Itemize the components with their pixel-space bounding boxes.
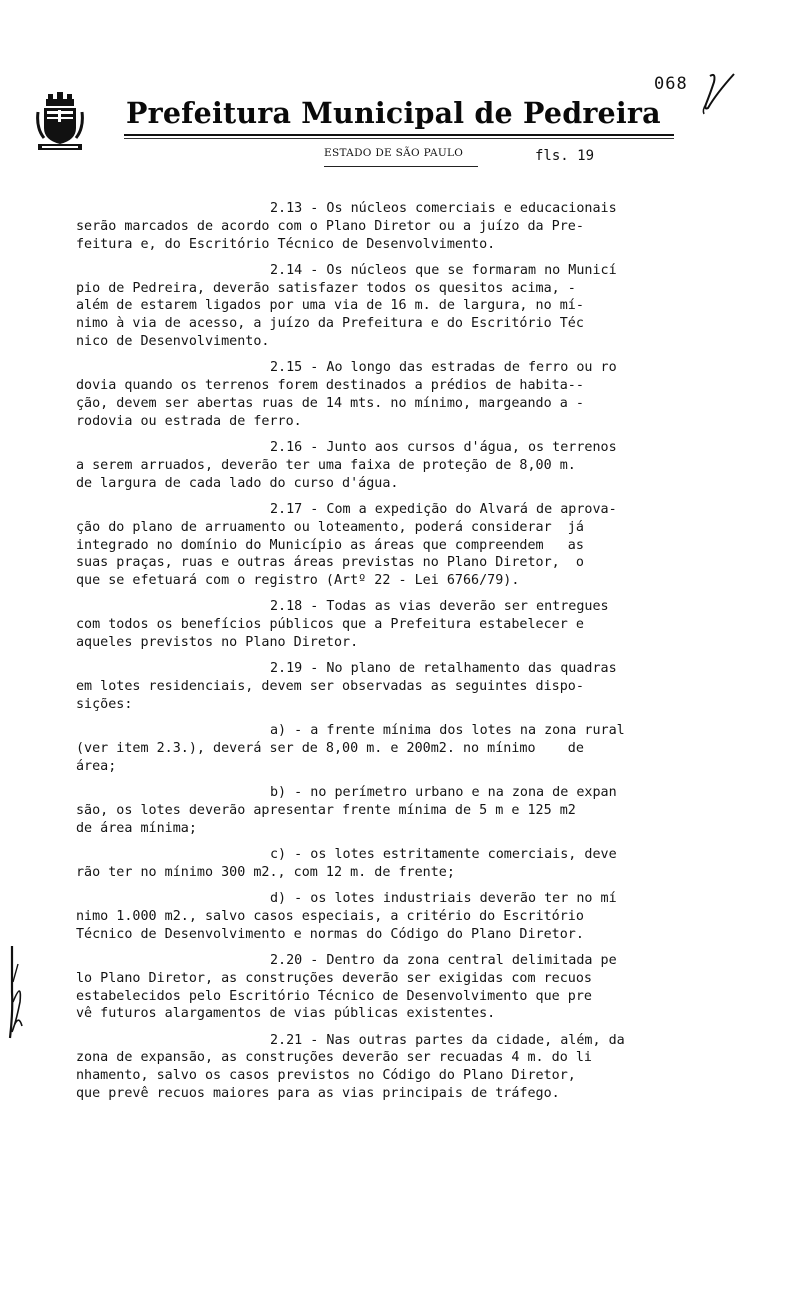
paragraph-line: 2.15 - Ao longo das estradas de ferro ou… xyxy=(76,359,684,377)
paragraph-line: nimo à via de acesso, a juízo da Prefeit… xyxy=(76,315,684,333)
coat-of-arms-icon xyxy=(34,92,86,154)
paragraph-line: vê futuros alargamentos de vias públicas… xyxy=(76,1005,684,1023)
paragraph-line: 2.19 - No plano de retalhamento das quad… xyxy=(76,660,684,678)
paragraph-line: lo Plano Diretor, as construções deverão… xyxy=(76,970,684,988)
paragraph-line: 2.16 - Junto aos cursos d'água, os terre… xyxy=(76,439,684,457)
paragraph-2-19: 2.19 - No plano de retalhamento das quad… xyxy=(76,660,684,713)
paragraph-2-19c: c) - os lotes estritamente comerciais, d… xyxy=(76,846,684,882)
paragraph-line: de área mínima; xyxy=(76,820,684,838)
paragraph-line: zona de expansão, as construções deverão… xyxy=(76,1049,684,1067)
paragraph-line: nimo 1.000 m2., salvo casos especiais, a… xyxy=(76,908,684,926)
municipality-title: Prefeitura Municipal de Pedreira xyxy=(126,96,661,130)
paragraph-line: que prevê recuos maiores para as vias pr… xyxy=(76,1085,684,1103)
paragraph-line: sições: xyxy=(76,696,684,714)
paragraph-line: feitura e, do Escritório Técnico de Dese… xyxy=(76,236,684,254)
paragraph-line: a) - a frente mínima dos lotes na zona r… xyxy=(76,722,684,740)
signature-initials-icon xyxy=(696,70,742,116)
paragraph-2-17: 2.17 - Com a expedição do Alvará de apro… xyxy=(76,501,684,590)
paragraph-line: b) - no perímetro urbano e na zona de ex… xyxy=(76,784,684,802)
stamp-page-number: 068 xyxy=(654,74,688,94)
paragraph-2-21: 2.21 - Nas outras partes da cidade, além… xyxy=(76,1032,684,1103)
paragraph-line: de largura de cada lado do curso d'água. xyxy=(76,475,684,493)
paragraph-line: aqueles previstos no Plano Diretor. xyxy=(76,634,684,652)
paragraph-2-19d: d) - os lotes industriais deverão ter no… xyxy=(76,890,684,943)
paragraph-line: Técnico de Desenvolvimento e normas do C… xyxy=(76,926,684,944)
paragraph-2-19b: b) - no perímetro urbano e na zona de ex… xyxy=(76,784,684,837)
paragraph-2-19a: a) - a frente mínima dos lotes na zona r… xyxy=(76,722,684,775)
paragraph-line: dovia quando os terrenos forem destinado… xyxy=(76,377,684,395)
paragraph-line: são, os lotes deverão apresentar frente … xyxy=(76,802,684,820)
paragraph-line: rão ter no mínimo 300 m2., com 12 m. de … xyxy=(76,864,684,882)
paragraph-line: suas praças, ruas e outras áreas previst… xyxy=(76,554,684,572)
paragraph-2-14: 2.14 - Os núcleos que se formaram no Mun… xyxy=(76,262,684,351)
paragraph-line: com todos os benefícios públicos que a P… xyxy=(76,616,684,634)
paragraph-line: c) - os lotes estritamente comerciais, d… xyxy=(76,846,684,864)
document-body: 2.13 - Os núcleos comerciais e educacion… xyxy=(76,200,684,1111)
paragraph-line: ção, devem ser abertas ruas de 14 mts. n… xyxy=(76,395,684,413)
paragraph-2-20: 2.20 - Dentro da zona central delimitada… xyxy=(76,952,684,1023)
paragraph-line: ção do plano de arruamento ou loteamento… xyxy=(76,519,684,537)
document-page: Prefeitura Municipal de Pedreira 068 EST… xyxy=(0,0,800,1302)
paragraph-line: 2.20 - Dentro da zona central delimitada… xyxy=(76,952,684,970)
paragraph-line: 2.17 - Com a expedição do Alvará de apro… xyxy=(76,501,684,519)
paragraph-2-18: 2.18 - Todas as vias deverão ser entregu… xyxy=(76,598,684,651)
paragraph-2-13: 2.13 - Os núcleos comerciais e educacion… xyxy=(76,200,684,253)
paragraph-line: 2.21 - Nas outras partes da cidade, além… xyxy=(76,1032,684,1050)
paragraph-line: área; xyxy=(76,758,684,776)
paragraph-line: integrado no domínio do Município as áre… xyxy=(76,537,684,555)
paragraph-line: a serem arruados, deverão ter uma faixa … xyxy=(76,457,684,475)
paragraph-line: d) - os lotes industriais deverão ter no… xyxy=(76,890,684,908)
title-underline xyxy=(124,134,674,136)
paragraph-line: 2.18 - Todas as vias deverão ser entregu… xyxy=(76,598,684,616)
paragraph-2-16: 2.16 - Junto aos cursos d'água, os terre… xyxy=(76,439,684,492)
state-line: ESTADO DE SÃO PAULO xyxy=(324,147,463,159)
paragraph-line: além de estarem ligados por uma via de 1… xyxy=(76,297,684,315)
margin-signature-icon xyxy=(4,942,26,1042)
folio-number: fls. 19 xyxy=(535,148,594,164)
state-underline xyxy=(324,166,478,167)
paragraph-line: nhamento, salvo os casos previstos no Có… xyxy=(76,1067,684,1085)
paragraph-line: que se efetuará com o registro (Artº 22 … xyxy=(76,572,684,590)
paragraph-line: (ver item 2.3.), deverá ser de 8,00 m. e… xyxy=(76,740,684,758)
paragraph-line: rodovia ou estrada de ferro. xyxy=(76,413,684,431)
paragraph-2-15: 2.15 - Ao longo das estradas de ferro ou… xyxy=(76,359,684,430)
paragraph-line: 2.14 - Os núcleos que se formaram no Mun… xyxy=(76,262,684,280)
paragraph-line: serão marcados de acordo com o Plano Dir… xyxy=(76,218,684,236)
title-underline-secondary xyxy=(124,138,674,139)
paragraph-line: pio de Pedreira, deverão satisfazer todo… xyxy=(76,280,684,298)
paragraph-line: 2.13 - Os núcleos comerciais e educacion… xyxy=(76,200,684,218)
paragraph-line: estabelecidos pelo Escritório Técnico de… xyxy=(76,988,684,1006)
paragraph-line: nico de Desenvolvimento. xyxy=(76,333,684,351)
paragraph-line: em lotes residenciais, devem ser observa… xyxy=(76,678,684,696)
